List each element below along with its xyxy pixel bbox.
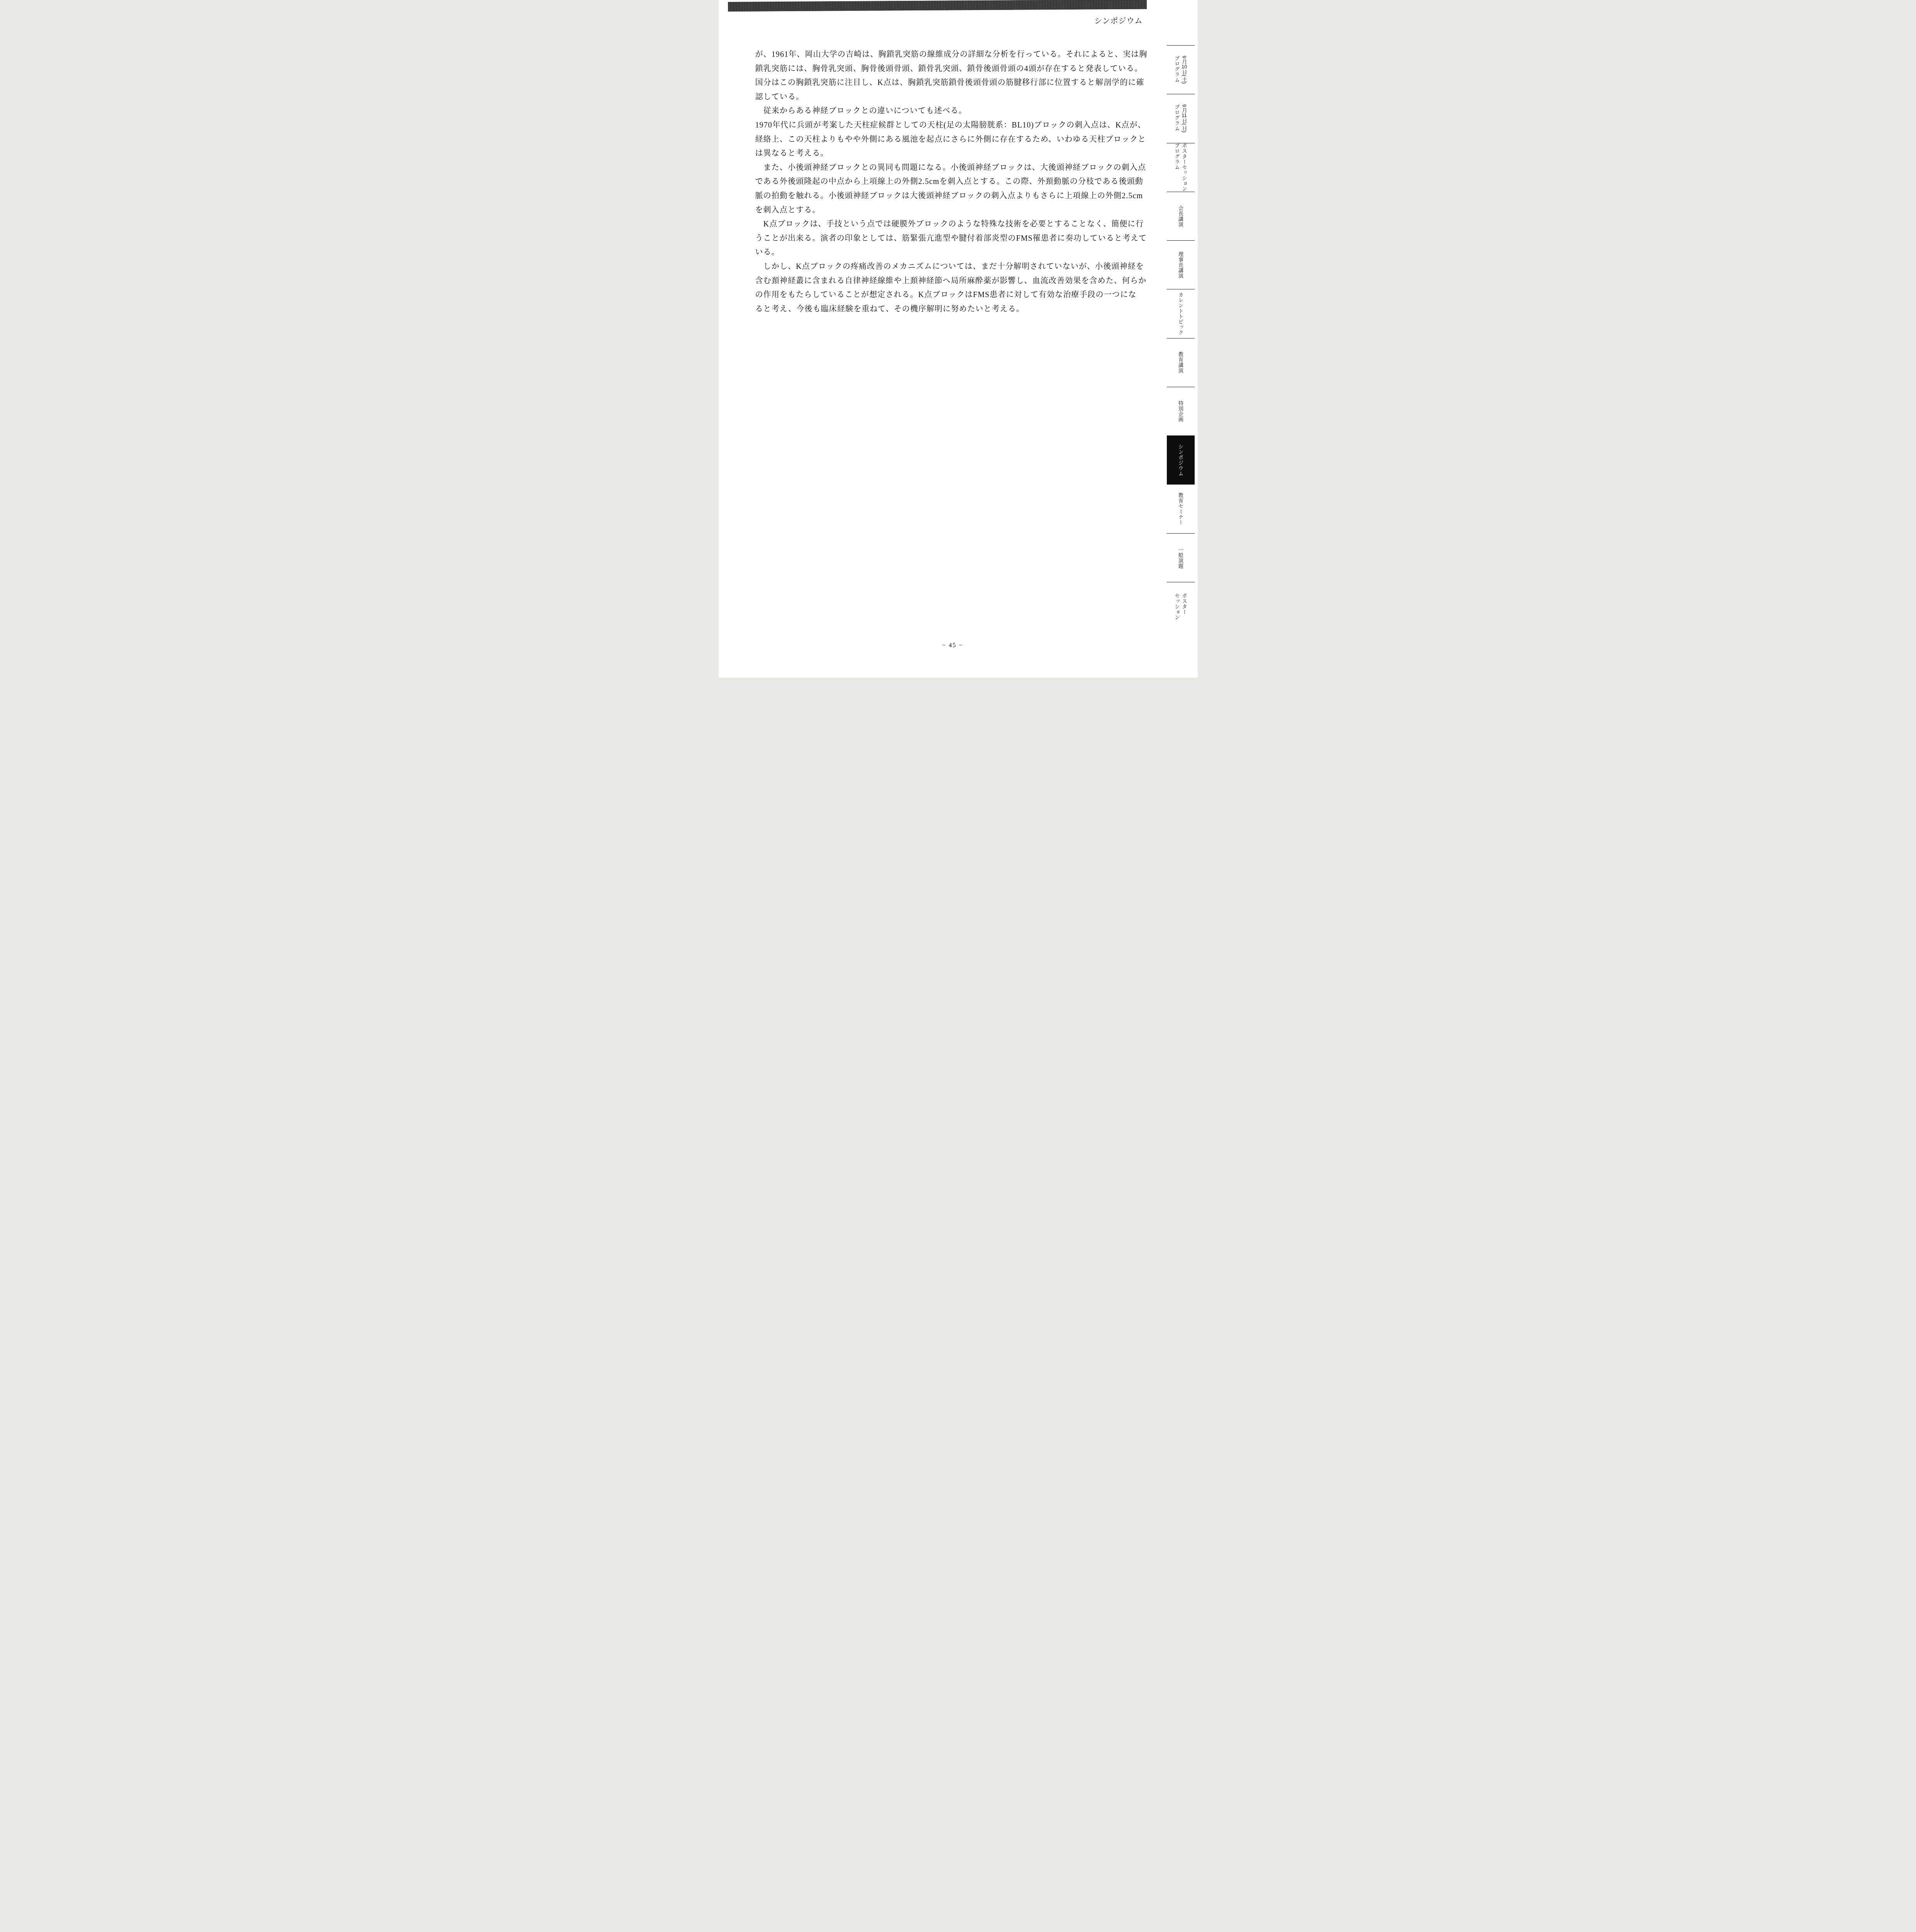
sidebar-tab-program-poster: ポスターセッションプログラム: [1167, 143, 1195, 192]
body-text-line: うことが出来る。演者の印象としては、筋緊張亢進型や腱付着部炎型のFMS罹患者に奏…: [755, 231, 1153, 246]
document-page: シンポジウム が、1961年、岡山大学の吉崎は、胸鎖乳突筋の線維成分の詳細な分析…: [719, 0, 1198, 678]
sidebar-tab-label: 理事長講演: [1178, 252, 1183, 279]
sidebar-tab-label: ポスターセッション: [1174, 593, 1187, 620]
sidebar-tab-program-sep11: 9月11日(日)プログラム: [1167, 94, 1195, 143]
body-text-line: 1970年代に兵頭が考案した天柱症候群としての天柱(足の太陽膀胱系：BL10)ブ…: [755, 118, 1153, 133]
sidebar-tab-chairman-lecture: 理事長講演: [1167, 240, 1195, 289]
sidebar-tab-poster-session: ポスターセッション: [1167, 582, 1195, 631]
body-text-line: 経絡上、この天柱よりもやや外側にある風池を起点にさらに外側に存在するため、いわゆ…: [755, 133, 1153, 147]
sidebar-tab-label: 9月10日(土)プログラム: [1174, 56, 1187, 84]
body-text-line: 従来からある神経ブロックとの違いについても述べる。: [755, 104, 1153, 118]
section-header-label: シンポジウム: [1094, 15, 1142, 26]
body-text: が、1961年、岡山大学の吉崎は、胸鎖乳突筋の線維成分の詳細な分析を行っている。…: [755, 48, 1153, 316]
body-text-line: 含む頚神経叢に含まれる自律神経線維や上頚神経節へ局所麻酔薬が影響し、血流改善効果…: [755, 274, 1153, 288]
body-text-line: の作用をもたらしていることが想定される。K点ブロックはFMS患者に対して有効な治…: [755, 288, 1153, 302]
sidebar-tab-program-sep10: 9月10日(土)プログラム: [1167, 45, 1195, 94]
body-text-line: K点ブロックは、手技という点では硬膜外ブロックのような特殊な技術を必要とすること…: [755, 217, 1153, 231]
body-text-line: が、1961年、岡山大学の吉崎は、胸鎖乳突筋の線維成分の詳細な分析を行っている。…: [755, 48, 1153, 62]
body-text-line: また、小後頭神経ブロックとの異同も問題になる。小後頭神経ブロックは、大後頭神経ブ…: [755, 161, 1153, 175]
sidebar-tab-label: 教育セミナー: [1178, 493, 1183, 525]
body-text-line: いる。: [755, 245, 1153, 260]
body-text-line: 脈の拍動を触れる。小後頭神経ブロックは大後頭神経ブロックの刺入点よりもさらに上項…: [755, 189, 1153, 203]
sidebar-tab-general-presentation: 一般演題: [1167, 533, 1195, 582]
body-text-line: しかし、K点ブロックの疼痛改善のメカニズムについては、まだ十分解明されていないが…: [755, 260, 1153, 274]
sidebar-tab-educational-seminar: 教育セミナー: [1167, 485, 1195, 533]
page-number: − 45 −: [719, 642, 1187, 649]
sidebar-tab-special-project: 特別企画: [1167, 387, 1195, 435]
body-text-line: 国分はこの胸鎖乳突筋に注目し、K点は、胸鎖乳突筋鎖骨後頭骨頭の筋腱移行部に位置す…: [755, 76, 1153, 90]
body-text-line: である外後頭隆起の中点から上項線上の外側2.5cmを刺入点とする。この際、外頚動…: [755, 175, 1153, 189]
body-text-line: ると考え、今後も臨床経験を重ねて、その機序解明に努めたいと考える。: [755, 302, 1153, 316]
sidebar: 9月10日(土)プログラム9月11日(日)プログラムポスターセッションプログラム…: [1167, 45, 1195, 631]
sidebar-tab-educational-lecture: 教育講演: [1167, 338, 1195, 387]
sidebar-tab-label: カレントトピック: [1178, 292, 1183, 335]
body-text-line: 鎖乳突筋には、胸骨乳突頭、胸骨後頭骨頭、鎖骨乳突頭、鎖骨後頭骨頭の4頭が存在する…: [755, 62, 1153, 76]
sidebar-tab-label: 一般演題: [1178, 547, 1183, 569]
body-text-line: 認している。: [755, 90, 1153, 104]
sidebar-tab-label: 会長講演: [1178, 206, 1183, 227]
sidebar-tab-symposium: シンポジウム: [1167, 435, 1195, 484]
sidebar-tab-label: 特別企画: [1178, 401, 1183, 422]
body-text-line: は異なると考える。: [755, 146, 1153, 161]
halftone-header-bar: [728, 0, 1146, 12]
sidebar-tab-label: 9月11日(日)プログラム: [1174, 104, 1187, 133]
sidebar-tab-label: ポスターセッションプログラム: [1174, 143, 1187, 192]
sidebar-tab-presidential-lecture: 会長講演: [1167, 192, 1195, 240]
sidebar-tab-label: 教育講演: [1178, 352, 1183, 373]
sidebar-tab-label: シンポジウム: [1178, 444, 1183, 476]
body-text-line: を刺入点とする。: [755, 203, 1153, 218]
sidebar-tab-current-topic: カレントトピック: [1167, 289, 1195, 338]
